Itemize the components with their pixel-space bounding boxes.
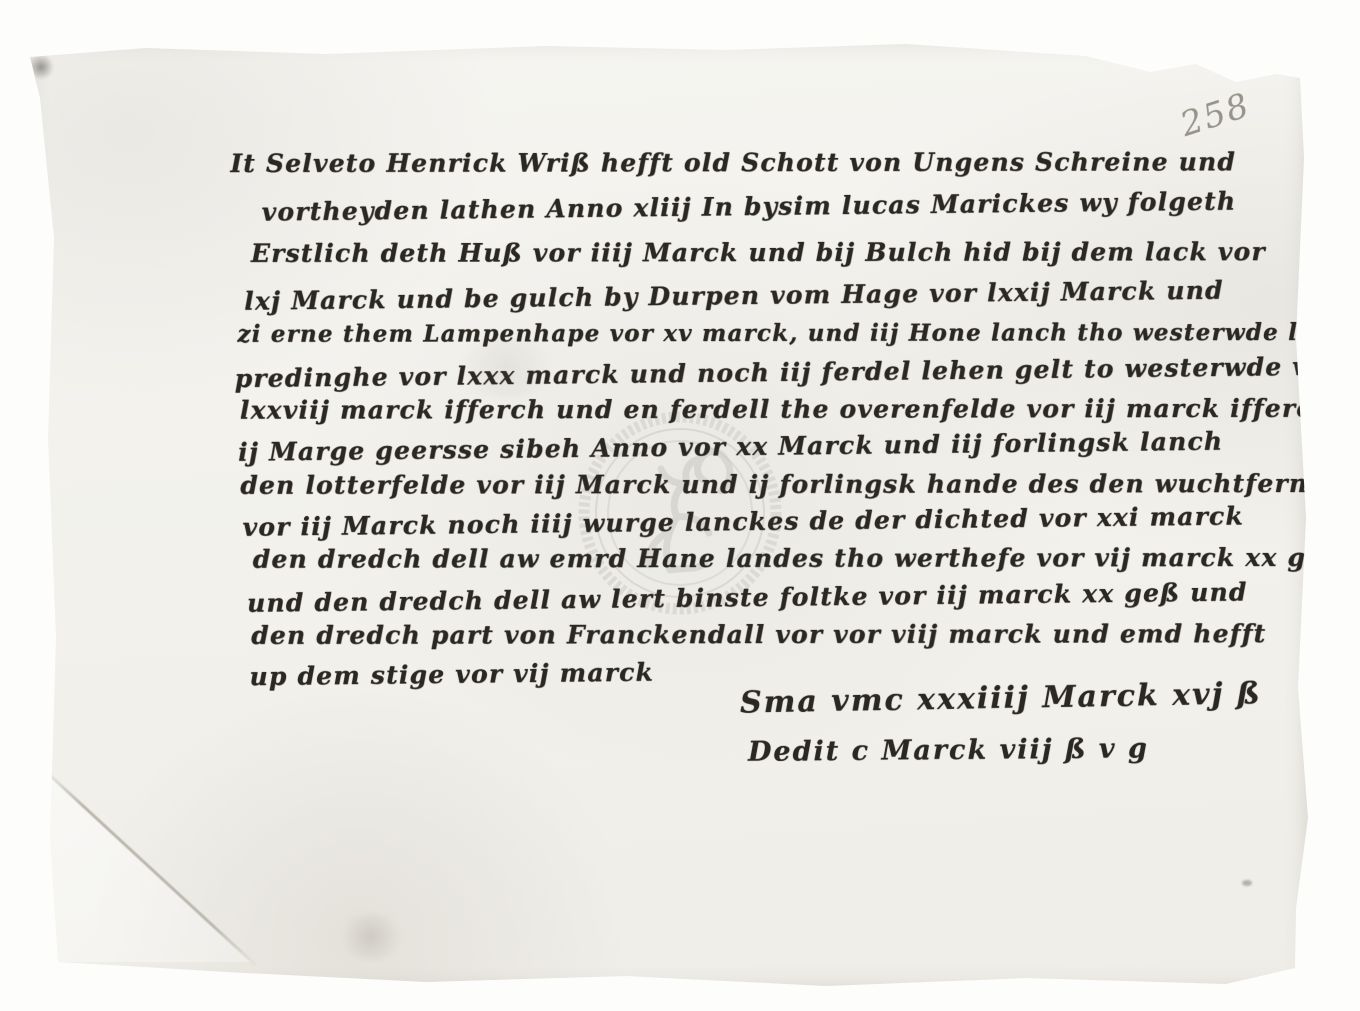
manuscript-line: lxj Marck und be gulch by Durpen vom Hag… <box>244 276 1224 316</box>
manuscript-line: ij Marge geersse sibeh Anno vor xx Marck… <box>238 427 1223 467</box>
manuscript-line: Erstlich deth Huß vor iiij Marck und bij… <box>251 237 1266 268</box>
manuscript-line: den dredch part von Franckendall vor vor… <box>251 619 1266 650</box>
manuscript-line: It Selveto Henrick Wriß hefft old Schott… <box>230 147 1236 178</box>
manuscript-line: vortheyden lathen Anno xliij In bysim lu… <box>262 187 1237 227</box>
manuscript-line: den lotterfelde vor iij Marck und ij for… <box>240 469 1327 500</box>
manuscript-line: vor iij Marck noch iiij wurge lanckes de… <box>242 501 1244 541</box>
corner-smudge <box>28 52 54 82</box>
edge-speck <box>1242 880 1252 886</box>
folio-number-pencil: 258 <box>1176 85 1256 145</box>
manuscript-line: lxxviij marck ifferch und en ferdell the… <box>240 394 1360 425</box>
dedit-line: Dedit c Marck viij ß v g <box>748 733 1149 767</box>
manuscript-sheet: It Selveto Henrick Wriß hefft old Schott… <box>26 38 1308 990</box>
manuscript-line: up dem stige vor vij marck <box>249 658 654 692</box>
paper-stain <box>336 914 406 960</box>
manuscript-line: zi erne them Lampenhape vor xv marck, un… <box>237 319 1338 348</box>
manuscript-line: den dredch dell aw emrd Hane landes tho … <box>253 543 1344 574</box>
handwritten-text-block: It Selveto Henrick Wriß hefft old Schott… <box>230 145 1293 711</box>
manuscript-line: predinghe vor lxxx marck und noch iij fe… <box>235 352 1347 394</box>
manuscript-line: und den dredch dell aw lert binste foltk… <box>247 577 1248 617</box>
